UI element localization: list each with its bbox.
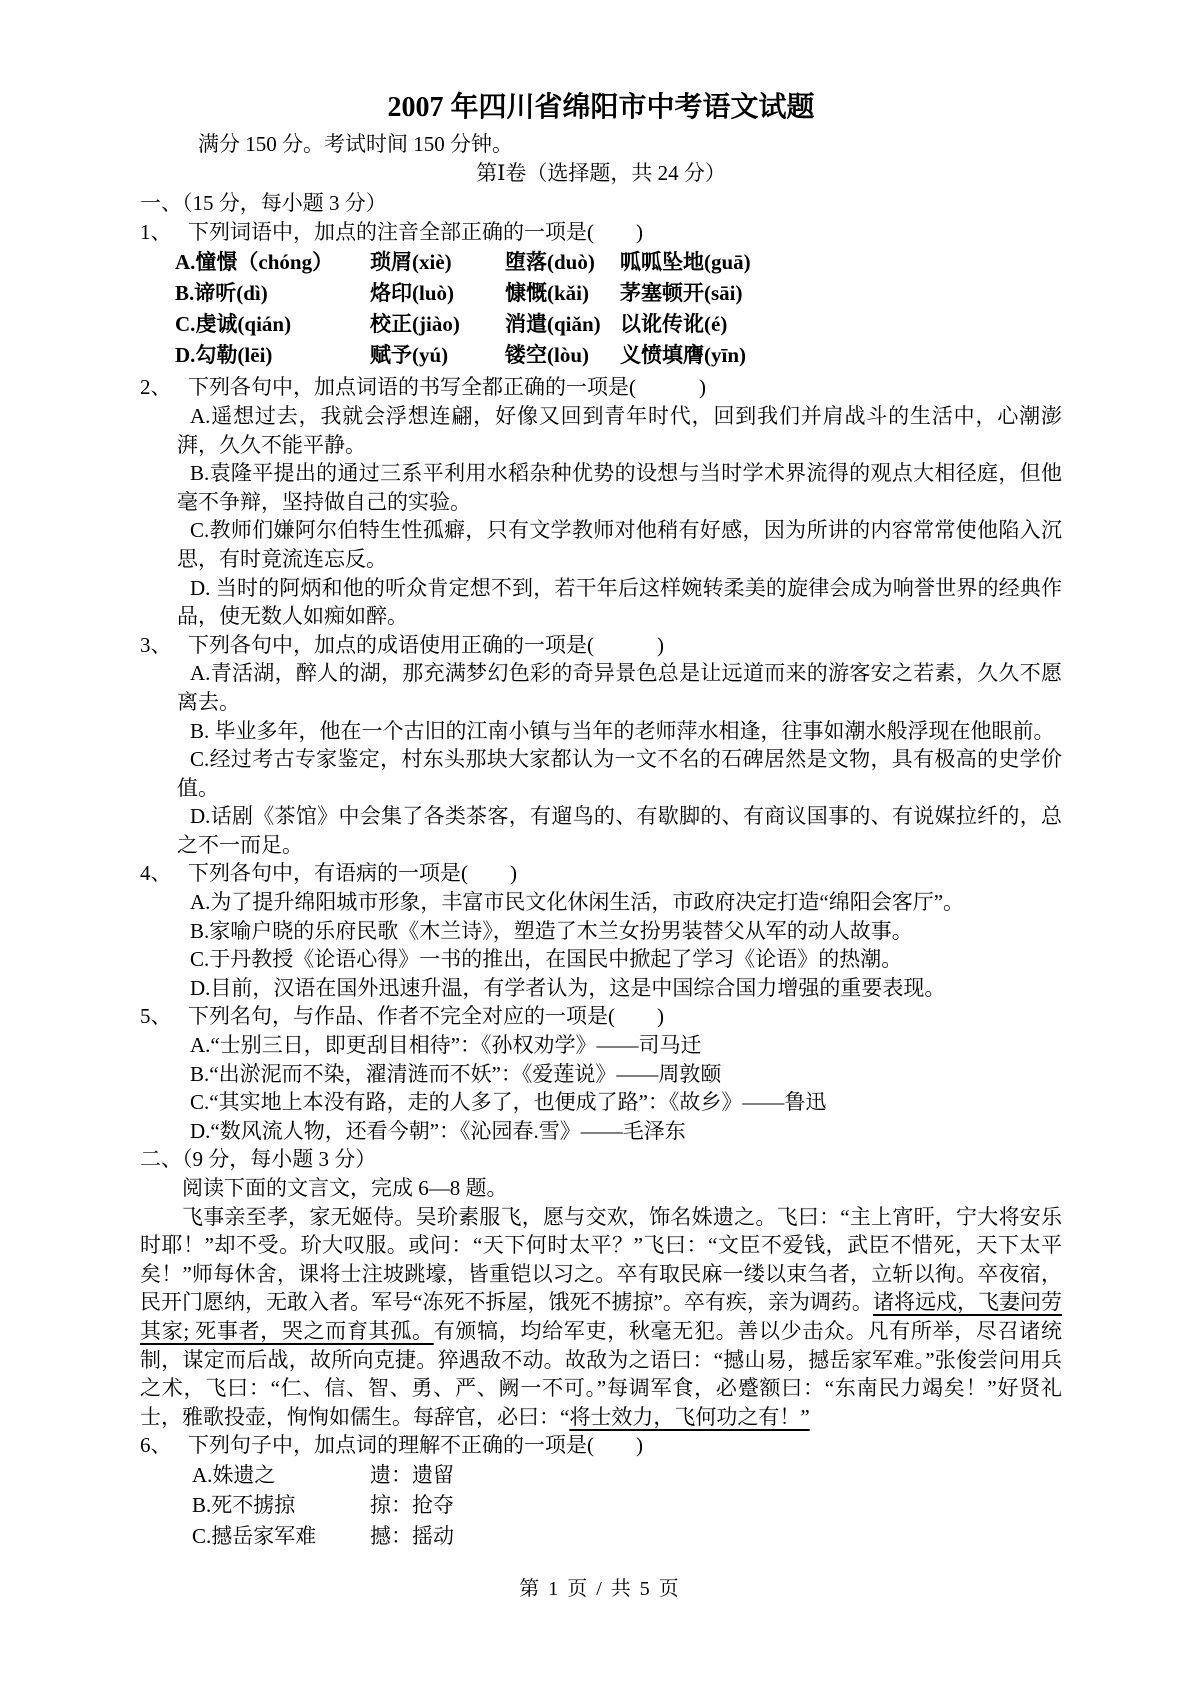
pinyin-cell: 赋予(yú) [370, 340, 505, 371]
section-two-heading: 二、（9 分，每小题 3 分） [140, 1145, 1062, 1174]
option-line: A.为了提升绵阳城市形象，丰富市民文化休闲生活，市政府决定打造“绵阳会客厅”。 [177, 888, 1062, 917]
question-stem-row: 3、 下列各句中，加点的成语使用正确的一项是( ) [140, 631, 1062, 660]
q6-option-row: B.死不掳掠 掠：抢夺 [192, 1490, 1062, 1521]
pinyin-cell: 义愤填膺(yīn) [620, 340, 1062, 371]
option-line: C.“其实地上本没有路，走的人多了，也便成了路”：《故乡》——鲁迅 [177, 1088, 1062, 1117]
pinyin-cell: 烙印(luò) [370, 278, 505, 309]
pinyin-cell: 以讹传讹(é) [620, 309, 1062, 340]
question-2: 2、 下列各句中，加点词语的书写全都正确的一项是( ) A.遥想过去，我就会浮想… [140, 373, 1062, 630]
question-number: 2、 [140, 373, 188, 402]
question-stem-row: 2、 下列各句中，加点词语的书写全都正确的一项是( ) [140, 373, 1062, 402]
question-stem-row: 6、 下列句子中，加点词的理解不正确的一项是( ) [140, 1431, 1062, 1460]
pinyin-cell: 堕落(duò) [505, 247, 620, 278]
option-line: D.话剧《茶馆》中会集了各类茶客，有遛鸟的、有歇脚的、有商议国事的、有说媒拉纤的… [177, 802, 1062, 859]
option-line: B.袁隆平提出的通过三系平利用水稻杂种优势的设想与当时学术界流得的观点大相径庭，… [177, 459, 1062, 516]
question-stem-row: 1、 下列词语中，加点的注音全部正确的一项是( ) [140, 218, 1062, 247]
question-stem: 下列各句中，有语病的一项是( ) [188, 859, 1062, 888]
option-line: B.家喻户晓的乐府民歌《木兰诗》，塑造了木兰女扮男装替父从军的动人故事。 [177, 917, 1062, 946]
classical-passage: 飞事亲至孝，家无姬侍。吴玠素服飞，愿与交欢，饰名姝遗之。飞曰：“主上宵旰，宁大将… [140, 1203, 1062, 1432]
pinyin-cell: 校正(jiào) [370, 309, 505, 340]
question-3: 3、 下列各句中，加点的成语使用正确的一项是( ) A.青活湖，醉人的湖，那充满… [140, 631, 1062, 860]
pinyin-cell: A.憧憬（chóng） [175, 247, 370, 278]
question-number: 5、 [140, 1002, 188, 1031]
pinyin-cell: 琐屑(xiè) [370, 247, 505, 278]
option-line: A.遥想过去，我就会浮想连翩，好像又回到青年时代，回到我们并肩战斗的生活中，心潮… [177, 402, 1062, 459]
pinyin-cell: 茅塞顿开(sāi) [620, 278, 1062, 309]
q6-gloss: 掠：抢夺 [370, 1490, 454, 1521]
pinyin-option-row: C.虔诚(qián) 校正(jiào) 消遣(qiǎn) 以讹传讹(é) [175, 309, 1062, 340]
option-line: D.“数风流人物，还看今朝”：《沁园春.雪》——毛泽东 [177, 1117, 1062, 1146]
pinyin-cell: D.勾勒(lēi) [175, 340, 370, 371]
question-stem: 下列句子中，加点词的理解不正确的一项是( ) [188, 1431, 1062, 1460]
page-footer: 第 1 页 / 共 5 页 [0, 1572, 1200, 1601]
reading-intro: 阅读下面的文言文，完成 6—8 题。 [140, 1174, 1062, 1203]
exam-title: 2007 年四川省绵阳市中考语文试题 [140, 90, 1062, 126]
question-number: 6、 [140, 1431, 188, 1460]
question-number: 1、 [140, 218, 188, 247]
exam-meta: 满分 150 分。考试时间 150 分钟。 [140, 130, 1062, 159]
exam-content: 2007 年四川省绵阳市中考语文试题 满分 150 分。考试时间 150 分钟。… [0, 0, 1200, 1551]
question-4: 4、 下列各句中，有语病的一项是( ) A.为了提升绵阳城市形象，丰富市民文化休… [140, 859, 1062, 1002]
underlined-clause-2: 将士效力，飞何功之有！” [569, 1405, 809, 1429]
q6-phrase: B.死不掳掠 [192, 1490, 342, 1521]
q6-option-row: C.撼岳家军难 撼：摇动 [192, 1521, 1062, 1552]
pinyin-option-row: A.憧憬（chóng） 琐屑(xiè) 堕落(duò) 呱呱坠地(guā) [175, 247, 1062, 278]
question-number: 3、 [140, 631, 188, 660]
option-line: A.“士别三日，即更刮目相待”：《孙权劝学》——司马迁 [177, 1031, 1062, 1060]
question-6: 6、 下列句子中，加点词的理解不正确的一项是( ) A.姝遗之 遗：遗留 B.死… [140, 1431, 1062, 1551]
pinyin-cell: B.谛听(dì) [175, 278, 370, 309]
volume-header: 第Ⅰ卷（选择题，共 24 分） [140, 159, 1062, 188]
q6-phrase: A.姝遗之 [192, 1460, 342, 1491]
question-stem: 下列各句中，加点词语的书写全都正确的一项是( ) [188, 373, 1062, 402]
option-line: C.于丹教授《论语心得》一书的推出，在国民中掀起了学习《论语》的热潮。 [177, 945, 1062, 974]
pinyin-option-table: A.憧憬（chóng） 琐屑(xiè) 堕落(duò) 呱呱坠地(guā) B.… [175, 247, 1062, 371]
pinyin-cell: C.虔诚(qián) [175, 309, 370, 340]
option-line: D. 当时的阿炳和他的听众肯定想不到，若干年后这样婉转柔美的旋律会成为响誉世界的… [177, 574, 1062, 631]
option-line: B. 毕业多年，他在一个古旧的江南小镇与当年的老师萍水相逢，往事如潮水般浮现在他… [177, 717, 1062, 746]
option-line: C.教师们嫌阿尔伯特生性孤癖，只有文学教师对他稍有好感，因为所讲的内容常常使他陷… [177, 516, 1062, 573]
pinyin-cell: 镂空(lòu) [505, 340, 620, 371]
question-stem-row: 5、 下列名句，与作品、作者不完全对应的一项是( ) [140, 1002, 1062, 1031]
question-5: 5、 下列名句，与作品、作者不完全对应的一项是( ) A.“士别三日，即更刮目相… [140, 1002, 1062, 1145]
pinyin-cell: 慷慨(kǎi) [505, 278, 620, 309]
q6-phrase: C.撼岳家军难 [192, 1521, 342, 1552]
pinyin-cell: 消遣(qiǎn) [505, 309, 620, 340]
option-line: B.“出淤泥而不染，濯清涟而不妖”：《爱莲说》——周敦颐 [177, 1060, 1062, 1089]
option-line: A.青活湖，醉人的湖，那充满梦幻色彩的奇异景色总是让远道而来的游客安之若素，久久… [177, 659, 1062, 716]
question-stem: 下列词语中，加点的注音全部正确的一项是( ) [188, 218, 1062, 247]
q6-gloss: 撼：摇动 [370, 1521, 454, 1552]
question-stem: 下列名句，与作品、作者不完全对应的一项是( ) [188, 1002, 1062, 1031]
exam-page: 2007 年四川省绵阳市中考语文试题 满分 150 分。考试时间 150 分钟。… [0, 0, 1200, 1700]
pinyin-option-row: B.谛听(dì) 烙印(luò) 慷慨(kǎi) 茅塞顿开(sāi) [175, 278, 1062, 309]
option-line: D.目前，汉语在国外迅速升温，有学者认为，这是中国综合国力增强的重要表现。 [177, 974, 1062, 1003]
question-stem-row: 4、 下列各句中，有语病的一项是( ) [140, 859, 1062, 888]
section-one-heading: 一、（15 分，每小题 3 分） [140, 189, 1062, 218]
question-number: 4、 [140, 859, 188, 888]
option-line: C.经过考古专家鉴定，村东头那块大家都认为一文不名的石碑居然是文物，具有极高的史… [177, 745, 1062, 802]
question-stem: 下列各句中，加点的成语使用正确的一项是( ) [188, 631, 1062, 660]
pinyin-cell: 呱呱坠地(guā) [620, 247, 1062, 278]
question-1: 1、 下列词语中，加点的注音全部正确的一项是( ) A.憧憬（chóng） 琐屑… [140, 218, 1062, 372]
q6-gloss: 遗：遗留 [370, 1460, 454, 1491]
q6-option-row: A.姝遗之 遗：遗留 [192, 1460, 1062, 1491]
pinyin-option-row: D.勾勒(lēi) 赋予(yú) 镂空(lòu) 义愤填膺(yīn) [175, 340, 1062, 371]
